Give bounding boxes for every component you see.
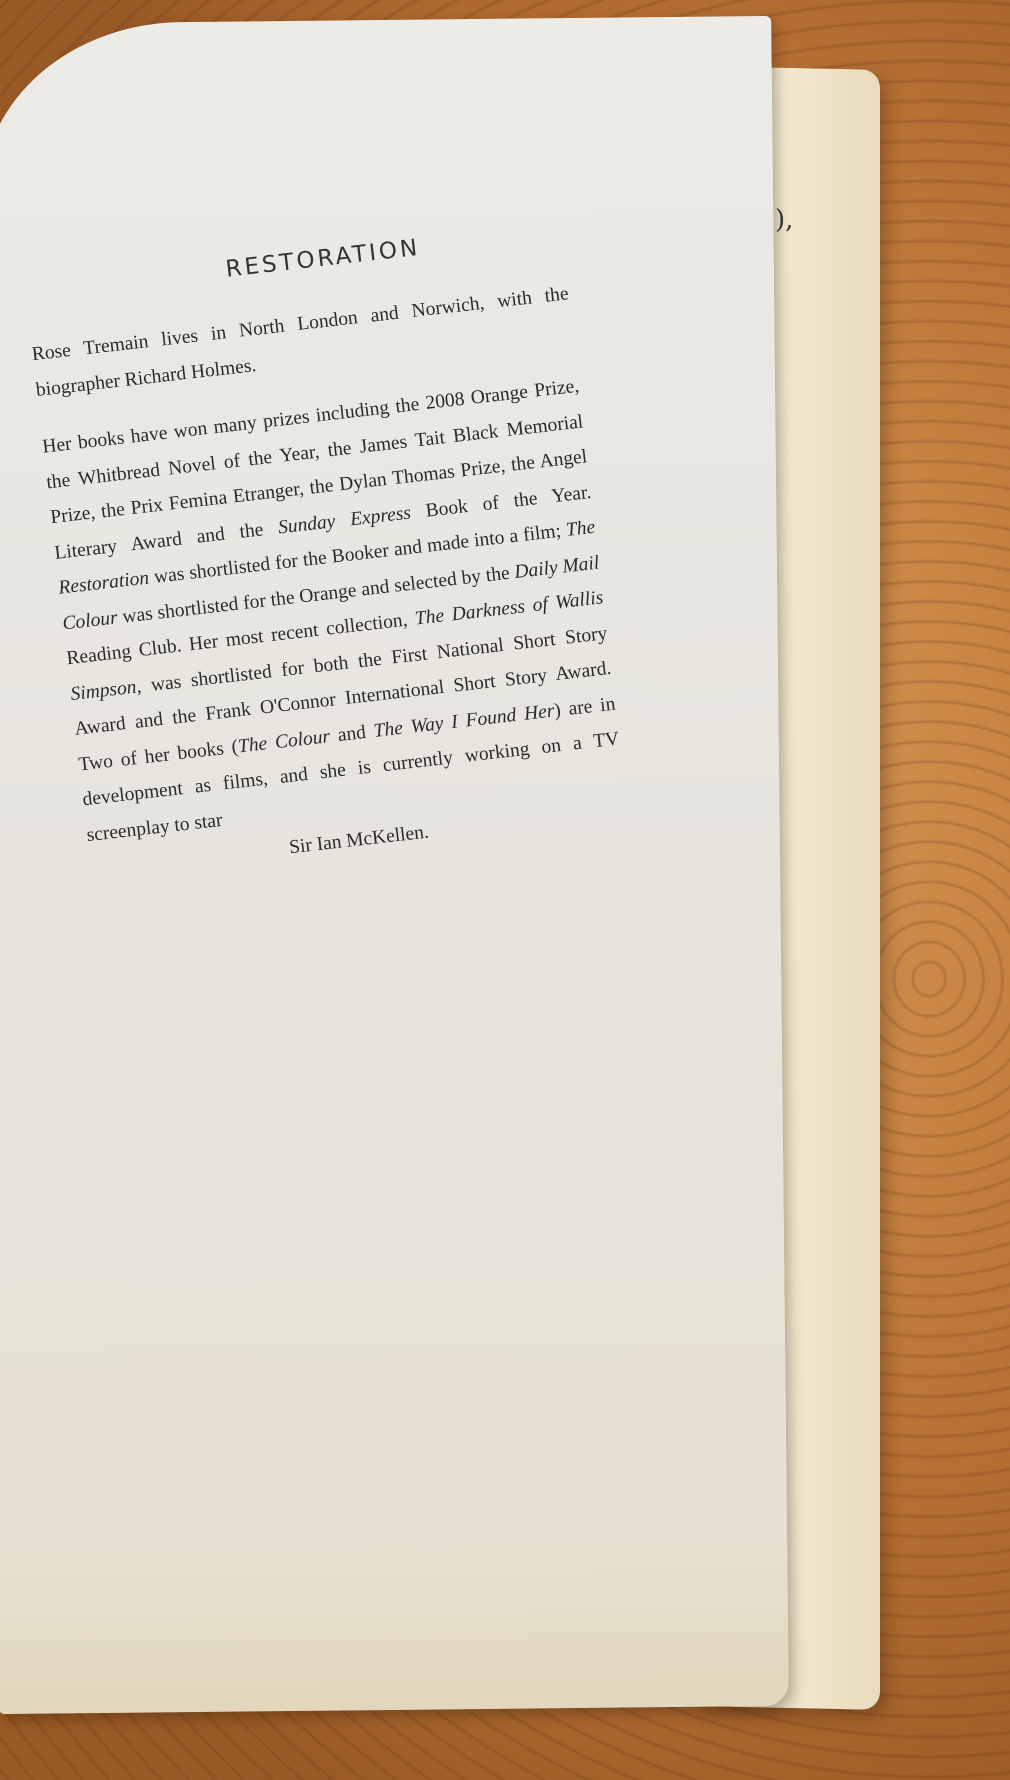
paragraph-awards: Her books have won many prizes including… <box>40 369 629 889</box>
italic-title: Daily Mail <box>513 552 600 583</box>
underlying-page-text-fragment: ), <box>775 205 793 235</box>
text-segment: and <box>329 721 375 747</box>
text-segment: Book of the Year. <box>410 481 593 522</box>
page-content: RESTORATION Rose Tremain lives in North … <box>20 189 632 910</box>
italic-title: Sunday Express <box>277 502 412 538</box>
italic-title: Restoration <box>57 568 150 599</box>
italic-title: The Colour <box>237 726 331 757</box>
italic-title: The Way I Found Her <box>373 700 556 741</box>
